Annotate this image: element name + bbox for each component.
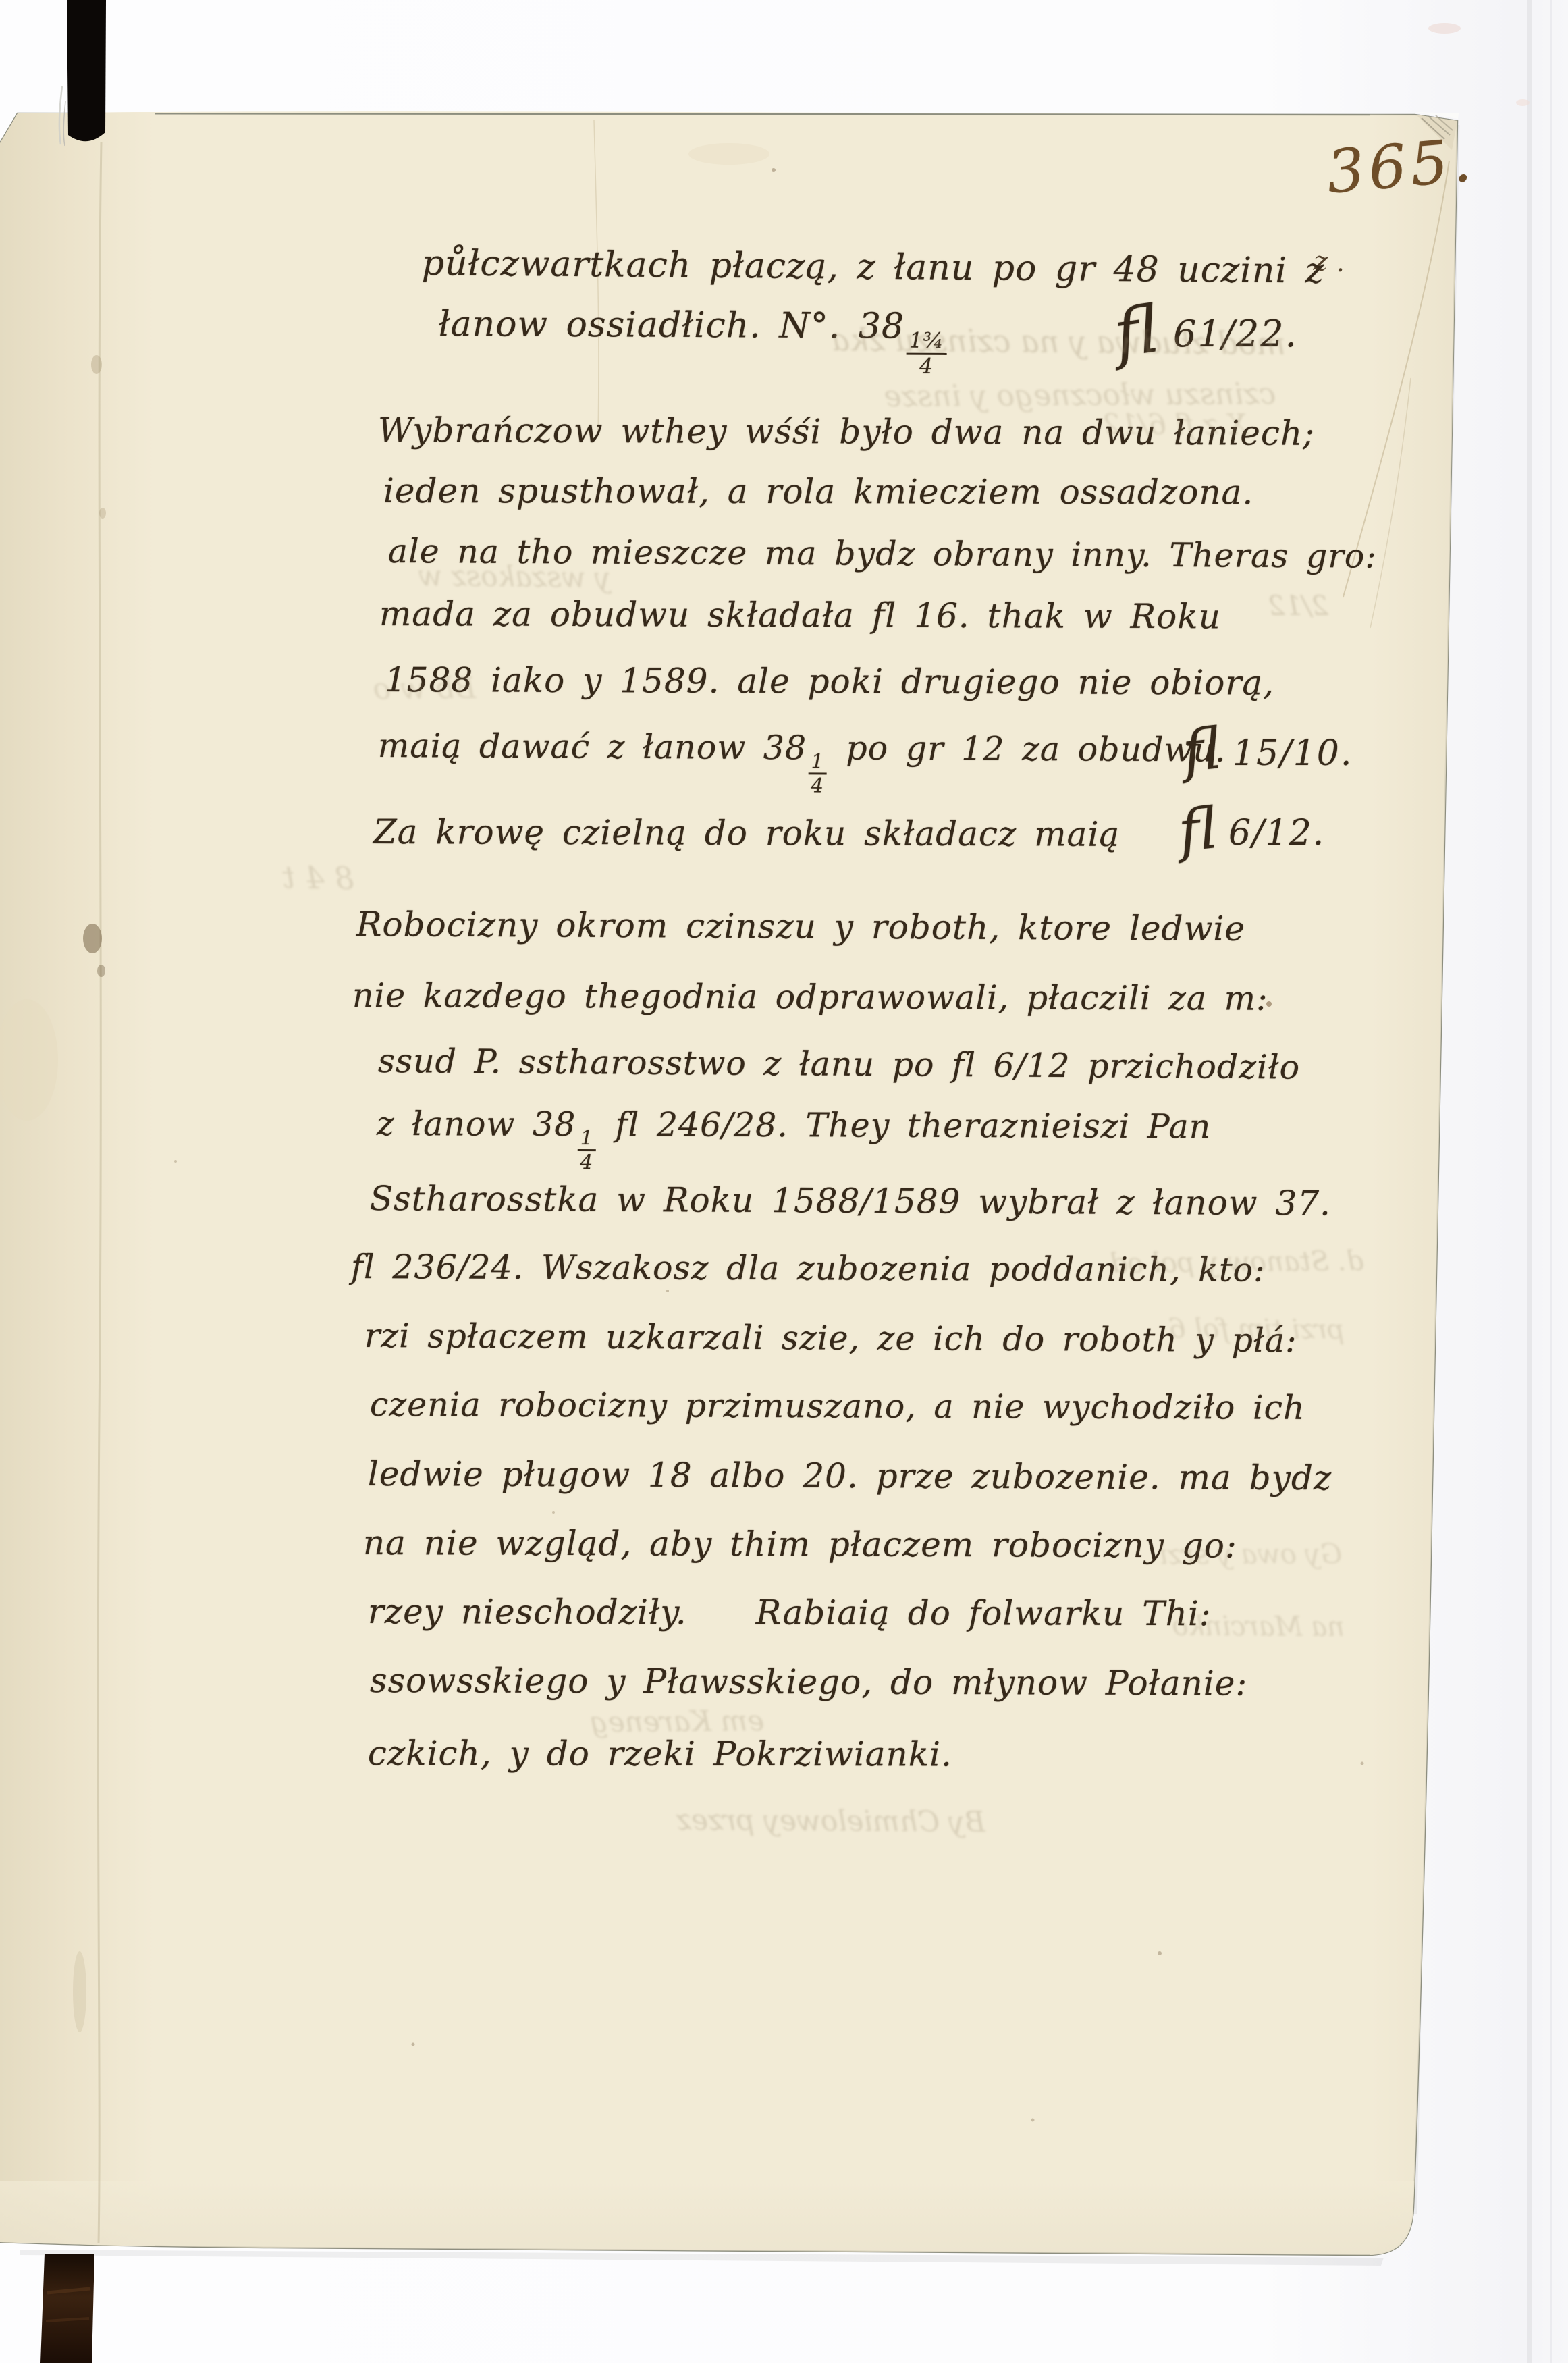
manuscript-line: půłczwartkach płaczą, z łanu po gr 48 uc… (422, 244, 1325, 291)
manuscript-line: ledwie pługow 18 albo 20. prze zubozenie… (368, 1456, 1332, 1497)
line-text: ieden spusthował, a rola kmiecziem ossad… (383, 471, 1253, 512)
manuscript-line: rzi spłaczem uzkarzali szie, ze ich do r… (364, 1318, 1297, 1359)
manuscript-line: ssowsskiego y Pławsskiego, do młynow Poł… (370, 1662, 1248, 1703)
bleedthrough-text: 8 4 t (282, 861, 354, 894)
line-text: nie kazdego thegodnia odprawowali, płacz… (352, 976, 1268, 1018)
line-text: ssowsskiego y Pławsskiego, do młynow Poł… (370, 1661, 1248, 1703)
manuscript-line: Robocizny okrom czinszu y roboth, ktore … (356, 906, 1245, 948)
manuscript-line: maią dawać z łanow 3814 po gr 12 za obud… (377, 728, 1226, 798)
scanned-manuscript-page: 365. z . půłczwartkach płaczą, z łanu po… (0, 0, 1568, 2363)
bleedthrough-text: X z fl 6/12 (1103, 410, 1247, 439)
line-text: ssud P. sstharosstwo z łanu po fl 6/12 p… (378, 1042, 1301, 1087)
line-text: rzi spłaczem uzkarzali szie, ze ich do r… (364, 1317, 1297, 1360)
line-text: czkich, y do rzeki Pokrziwianki. (368, 1734, 952, 1774)
manuscript-line: mada za obudwu składała fl 16. thak w Ro… (379, 595, 1221, 635)
florin-symbol: fl (1180, 720, 1224, 780)
manuscript-line: Sstharosstka w Roku 1588/1589 wybrał z ł… (370, 1180, 1331, 1222)
bleedthrough-text: y wszakosz w (418, 562, 611, 592)
margin-amount: 6/12. (1228, 816, 1325, 851)
manuscript-line: czkich, y do rzeki Pokrziwianki. (368, 1735, 952, 1774)
manuscript-line: czenia robocizny przimuszano, a nie wych… (370, 1387, 1305, 1427)
line-text: 1588 iako y 1589. ale poki drugiego nie … (385, 660, 1274, 703)
margin-amount: 15/10. (1233, 736, 1353, 771)
manuscript-line: na nie wzgląd, aby thim płaczem robocizn… (363, 1524, 1237, 1565)
florin-symbol: fl (1176, 799, 1220, 859)
manuscript-line: ssud P. sstharosstwo z łanu po fl 6/12 p… (378, 1043, 1301, 1086)
manuscript-line: rzey nieschodziły. Rabiaią do folwarku T… (368, 1593, 1212, 1632)
manuscript-line: nie kazdego thegodnia odprawowali, płacz… (352, 978, 1268, 1017)
bleedthrough-text: Bb w o (373, 674, 476, 704)
bleedthrough-text: mod złudwa y na czinszu zka (831, 324, 1286, 359)
fraction-denominator: 4 (580, 1151, 594, 1172)
line-text: czenia robocizny przimuszano, a nie wych… (370, 1385, 1305, 1427)
bleedthrough-text: na Marcinko (1172, 1613, 1345, 1641)
line-text: na nie wzgląd, aby thim płaczem robocizn… (363, 1523, 1237, 1566)
page-text: 365. z . půłczwartkach płaczą, z łanu po… (0, 0, 1568, 2363)
bleedthrough-text: 2/12 (1268, 593, 1328, 620)
fraction-numerator: 1 (578, 1128, 596, 1151)
fraction: 14 (578, 1128, 596, 1172)
manuscript-line: z łanow 3814 fl 246/28. They theraznieis… (377, 1106, 1212, 1175)
manuscript-line: 1588 iako y 1589. ale poki drugiego nie … (385, 662, 1274, 702)
fraction-numerator: 1 (809, 752, 827, 775)
line-text: po gr 12 za obudwu. (829, 728, 1226, 769)
fraction: 14 (809, 752, 827, 796)
line-text: rzey nieschodziły. Rabiaią do folwarku T… (368, 1592, 1212, 1633)
bleedthrough-text: By Chmielowey przez (676, 1806, 985, 1836)
bleedthrough-text: d. Stanow y poł od (1110, 1248, 1363, 1277)
manuscript-line: Za krowę czielną do roku składacz maią (373, 814, 1120, 853)
line-text: maią dawać z łanow 38 (378, 726, 807, 767)
line-text: mada za obudwu składała fl 16. thak w Ro… (379, 594, 1221, 636)
bleedthrough-text: przi tim fol 6 (1168, 1315, 1345, 1344)
manuscript-line: ieden spusthował, a rola kmiecziem ossad… (383, 473, 1253, 511)
fraction-denominator: 4 (811, 774, 824, 795)
bleedthrough-text: em Kareneg (590, 1707, 765, 1736)
line-text: půłczwartkach płaczą, z łanu po gr 48 uc… (421, 243, 1324, 292)
line-text: fl 246/28. They theraznieiszi Pan (598, 1105, 1212, 1146)
bleedthrough-text: czinszu włocznego y insze (884, 379, 1276, 412)
line-text: z łanow 38 (377, 1105, 576, 1144)
bleedthrough-text: Gy owa y srzi (1159, 1541, 1342, 1568)
line-text: Sstharosstka w Roku 1588/1589 wybrał z ł… (370, 1179, 1331, 1223)
line-text: Robocizny okrom czinszu y roboth, ktore … (356, 905, 1245, 949)
page-number: 365. (1324, 130, 1478, 203)
line-text: ledwie pługow 18 albo 20. prze zubozenie… (368, 1454, 1332, 1497)
line-text: Za krowę czielną do roku składacz maią (373, 812, 1120, 854)
